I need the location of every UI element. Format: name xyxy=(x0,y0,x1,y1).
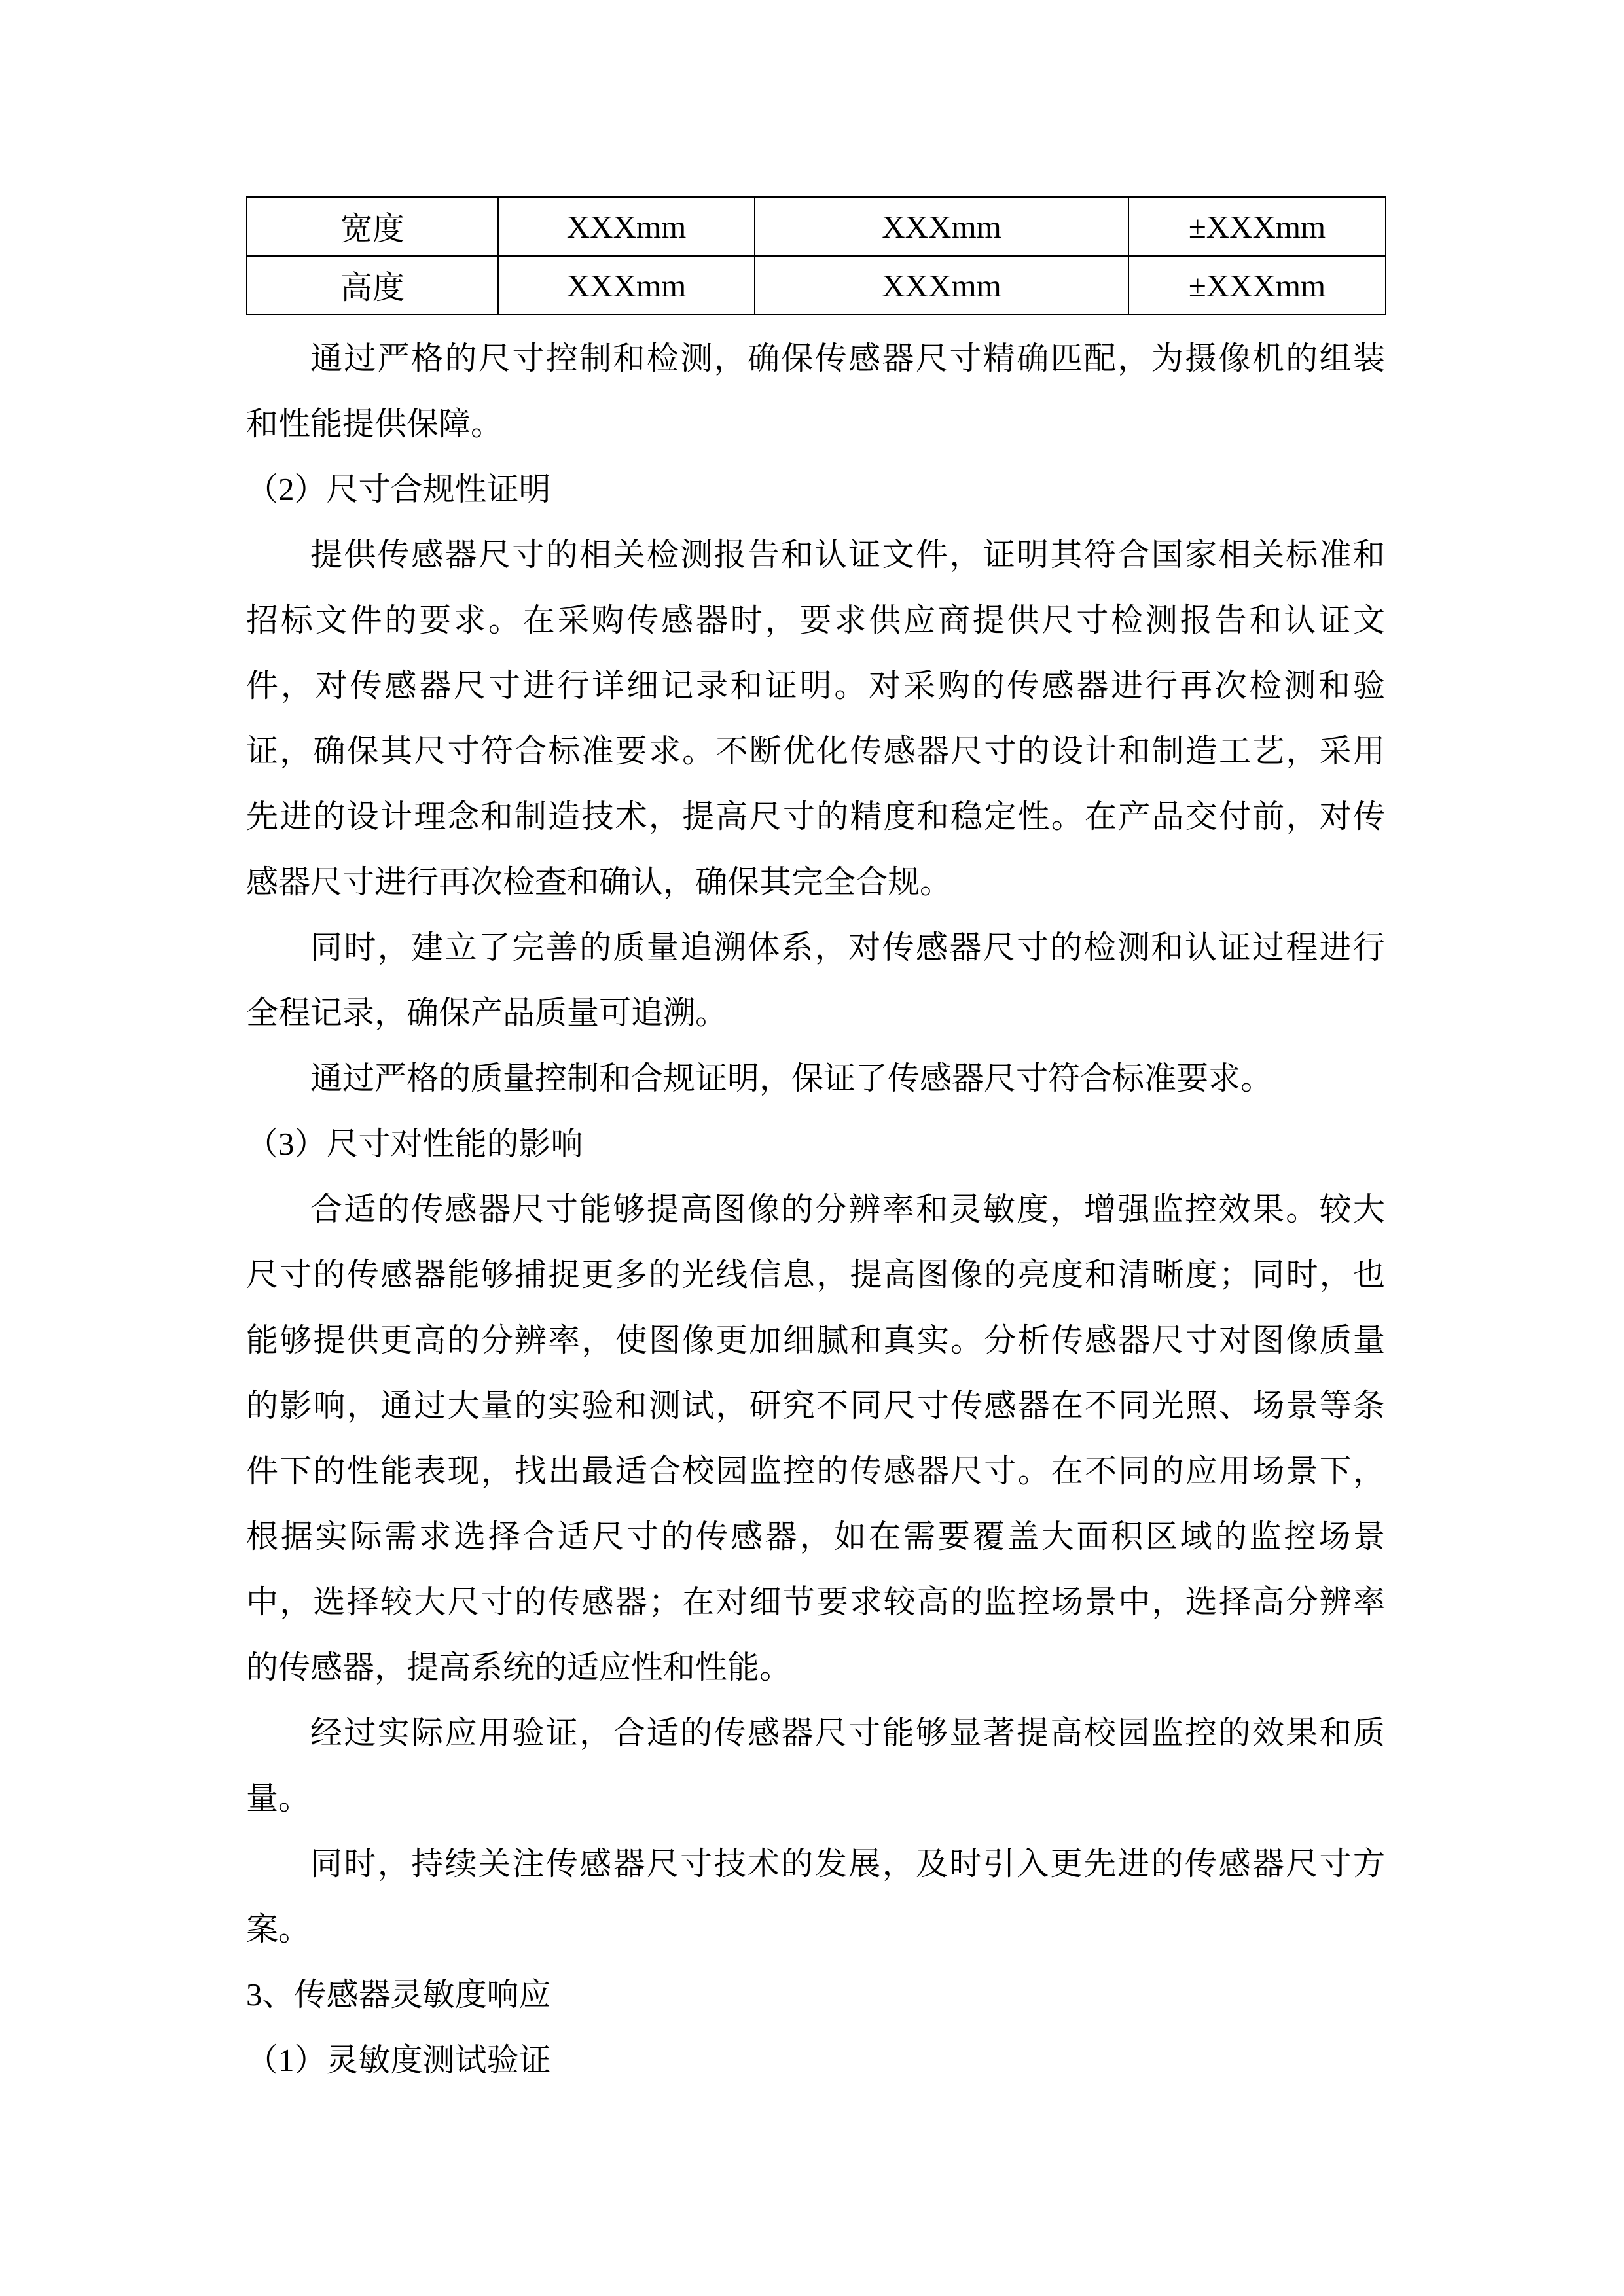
text-line: 同时，持续关注传感器尺寸技术的发展，及时引入更先进的传感器尺寸方 xyxy=(246,1831,1385,1897)
text-line: 先进的设计理念和制造技术，提高尺寸的精度和稳定性。在产品交付前，对传 xyxy=(246,784,1385,850)
table-cell: ±XXXmm xyxy=(1128,197,1386,256)
section-heading: 3、传感器灵敏度响应 xyxy=(246,1962,1385,2028)
text-line: 件下的性能表现，找出最适合校园监控的传感器尺寸。在不同的应用场景下， xyxy=(246,1439,1385,1504)
body-text: 通过严格的尺寸控制和检测，确保传感器尺寸精确匹配，为摄像机的组装 和性能提供保障… xyxy=(246,326,1385,2093)
section-heading: （1）灵敏度测试验证 xyxy=(246,2028,1385,2093)
document-page: 宽度 XXXmm XXXmm ±XXXmm 高度 XXXmm XXXmm ±XX… xyxy=(0,0,1624,2296)
table-cell: XXXmm xyxy=(755,256,1128,315)
text-line: 中，选择较大尺寸的传感器；在对细节要求较高的监控场景中，选择高分辨率 xyxy=(246,1570,1385,1635)
text-line: 尺寸的传感器能够捕捉更多的光线信息，提高图像的亮度和清晰度；同时，也 xyxy=(246,1242,1385,1308)
table-cell: 高度 xyxy=(247,256,498,315)
text-line: 能够提供更高的分辨率，使图像更加细腻和真实。分析传感器尺寸对图像质量 xyxy=(246,1308,1385,1373)
table-cell: XXXmm xyxy=(498,197,755,256)
table-cell: 宽度 xyxy=(247,197,498,256)
text-line: 根据实际需求选择合适尺寸的传感器，如在需要覆盖大面积区域的监控场景 xyxy=(246,1504,1385,1570)
table-cell: XXXmm xyxy=(498,256,755,315)
table-cell: XXXmm xyxy=(755,197,1128,256)
text-line: 量。 xyxy=(246,1766,1385,1831)
text-line: 的传感器，提高系统的适应性和性能。 xyxy=(246,1635,1385,1700)
text-line: 合适的传感器尺寸能够提高图像的分辨率和灵敏度，增强监控效果。较大 xyxy=(246,1177,1385,1242)
text-line: 感器尺寸进行再次检查和确认，确保其完全合规。 xyxy=(246,850,1385,915)
text-line: 全程记录，确保产品质量可追溯。 xyxy=(246,980,1385,1046)
page-content: 宽度 XXXmm XXXmm ±XXXmm 高度 XXXmm XXXmm ±XX… xyxy=(246,196,1385,2093)
section-heading: （3）尺寸对性能的影响 xyxy=(246,1111,1385,1177)
text-line: 的影响，通过大量的实验和测试，研究不同尺寸传感器在不同光照、场景等条 xyxy=(246,1373,1385,1439)
text-line: 件，对传感器尺寸进行详细记录和证明。对采购的传感器进行再次检测和验 xyxy=(246,653,1385,719)
text-line: 证，确保其尺寸符合标准要求。不断优化传感器尺寸的设计和制造工艺，采用 xyxy=(246,719,1385,784)
text-line: 案。 xyxy=(246,1897,1385,1962)
table-row: 高度 XXXmm XXXmm ±XXXmm xyxy=(247,256,1386,315)
table-cell: ±XXXmm xyxy=(1128,256,1386,315)
text-line: 招标文件的要求。在采购传感器时，要求供应商提供尺寸检测报告和认证文 xyxy=(246,588,1385,653)
section-heading: （2）尺寸合规性证明 xyxy=(246,457,1385,522)
text-line: 同时，建立了完善的质量追溯体系，对传感器尺寸的检测和认证过程进行 xyxy=(246,915,1385,980)
text-line: 提供传感器尺寸的相关检测报告和认证文件，证明其符合国家相关标准和 xyxy=(246,522,1385,588)
text-line: 通过严格的尺寸控制和检测，确保传感器尺寸精确匹配，为摄像机的组装 xyxy=(246,326,1385,391)
text-line: 和性能提供保障。 xyxy=(246,391,1385,457)
dimension-spec-table: 宽度 XXXmm XXXmm ±XXXmm 高度 XXXmm XXXmm ±XX… xyxy=(246,196,1386,315)
table-row: 宽度 XXXmm XXXmm ±XXXmm xyxy=(247,197,1386,256)
text-line: 通过严格的质量控制和合规证明，保证了传感器尺寸符合标准要求。 xyxy=(246,1046,1385,1111)
text-line: 经过实际应用验证，合适的传感器尺寸能够显著提高校园监控的效果和质 xyxy=(246,1700,1385,1766)
